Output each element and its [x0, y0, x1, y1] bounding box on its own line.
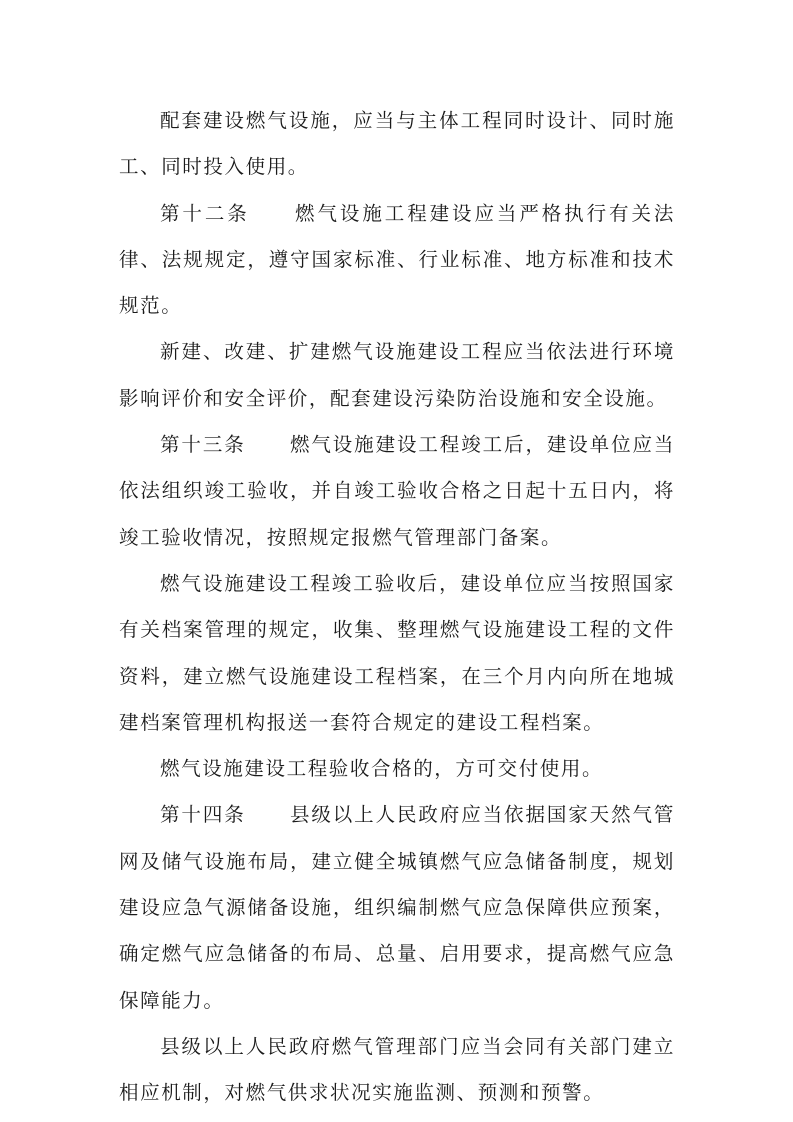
- paragraph-delivery: 燃气设施建设工程验收合格的，方可交付使用。: [119, 746, 675, 792]
- paragraph-monitoring: 县级以上人民政府燃气管理部门应当会同有关部门建立相应机制，对燃气供求状况实施监测…: [119, 1024, 675, 1117]
- paragraph-article-14: 第十四条县级以上人民政府应当依据国家天然气管网及储气设施布局，建立健全城镇燃气应…: [119, 792, 675, 1023]
- article-number: 第十四条: [160, 803, 246, 826]
- paragraph-text: 县级以上人民政府燃气管理部门应当会同有关部门建立相应机制，对燃气供求状况实施监测…: [119, 1035, 675, 1104]
- paragraph-text: 燃气设施建设工程竣工验收后，建设单位应当按照国家有关档案管理的规定，收集、整理燃…: [119, 572, 675, 734]
- paragraph-construction-sync: 配套建设燃气设施，应当与主体工程同时设计、同时施工、同时投入使用。: [119, 98, 675, 191]
- paragraph-text: 新建、改建、扩建燃气设施建设工程应当依法进行环境影响评价和安全评价，配套建设污染…: [119, 340, 675, 409]
- paragraph-environmental-assessment: 新建、改建、扩建燃气设施建设工程应当依法进行环境影响评价和安全评价，配套建设污染…: [119, 329, 675, 422]
- article-number: 第十三条: [160, 433, 246, 456]
- paragraph-text: 燃气设施建设工程验收合格的，方可交付使用。: [160, 757, 603, 780]
- paragraph-archives: 燃气设施建设工程竣工验收后，建设单位应当按照国家有关档案管理的规定，收集、整理燃…: [119, 561, 675, 746]
- paragraph-article-12: 第十二条燃气设施工程建设应当严格执行有关法律、法规规定，遵守国家标准、行业标准、…: [119, 191, 675, 330]
- paragraph-text: 县级以上人民政府应当依据国家天然气管网及储气设施布局，建立健全城镇燃气应急储备制…: [119, 803, 675, 1011]
- document-page: 配套建设燃气设施，应当与主体工程同时设计、同时施工、同时投入使用。 第十二条燃气…: [119, 98, 675, 1117]
- paragraph-text: 配套建设燃气设施，应当与主体工程同时设计、同时施工、同时投入使用。: [119, 109, 675, 178]
- article-number: 第十二条: [160, 202, 250, 225]
- paragraph-article-13: 第十三条燃气设施建设工程竣工后，建设单位应当依法组织竣工验收，并自竣工验收合格之…: [119, 422, 675, 561]
